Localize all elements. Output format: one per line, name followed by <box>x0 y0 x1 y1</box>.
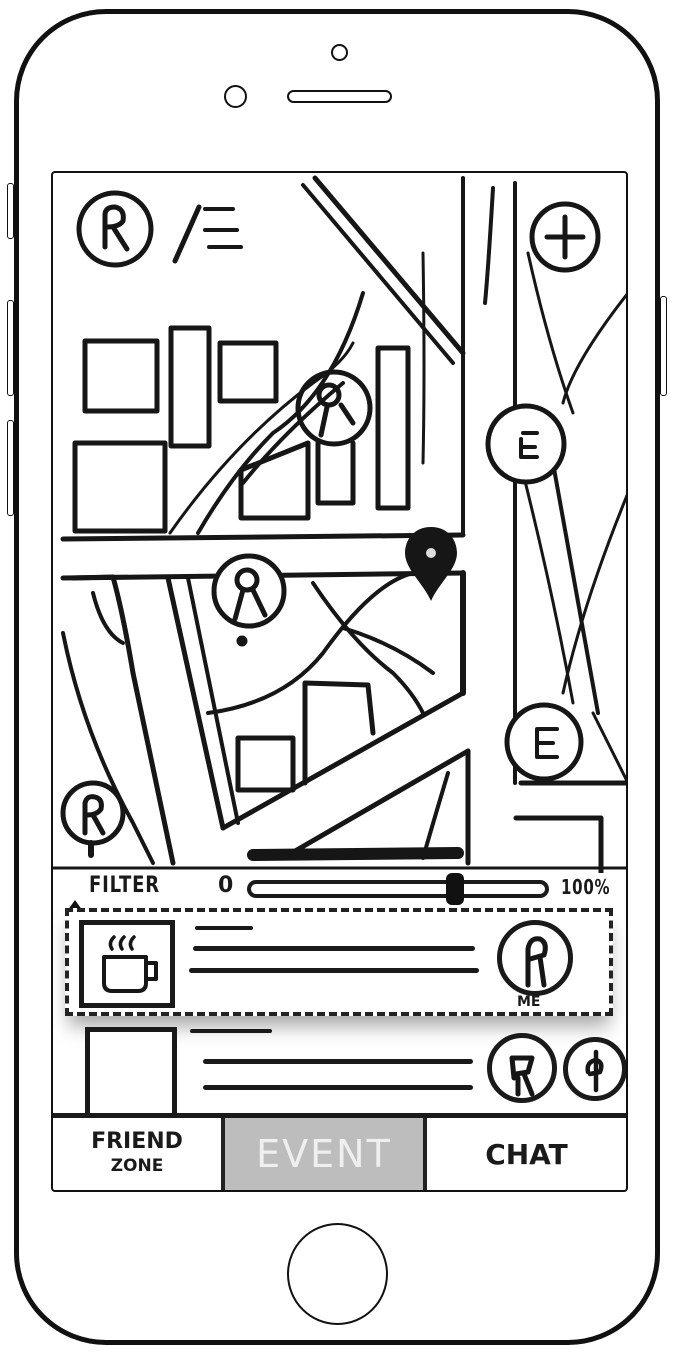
attendee-avatar[interactable] <box>563 1037 627 1101</box>
mute-switch <box>7 183 14 239</box>
event-card[interactable] <box>63 1023 618 1111</box>
event-detail-line <box>203 1085 473 1090</box>
person-icon <box>502 925 568 991</box>
coffee-cup-icon <box>84 925 170 1003</box>
add-event-button[interactable] <box>527 199 603 275</box>
home-button[interactable] <box>287 1223 388 1325</box>
volume-up-button <box>7 300 14 396</box>
power-button <box>660 296 667 396</box>
divider-slash <box>175 207 199 261</box>
person-icon <box>568 1042 622 1096</box>
tab-event-label: EVENT <box>256 1132 392 1176</box>
event-detail-line <box>189 968 479 973</box>
tab-chat-label: CHAT <box>485 1138 568 1171</box>
event-thumbnail <box>79 920 175 1008</box>
host-avatar[interactable] <box>497 920 573 996</box>
bottom-tab-bar: FRIEND ZONE EVENT CHAT <box>53 1113 626 1190</box>
host-me-label: ME <box>517 994 541 1010</box>
hamburger-menu-icon <box>205 209 241 247</box>
tab-friend-zone-label: FRIEND <box>91 1130 183 1154</box>
filter-max-label: 100% <box>561 875 610 899</box>
map-marker-person-2[interactable] <box>209 553 289 653</box>
event-card-selected[interactable]: ME <box>65 908 613 1016</box>
map-marker-event-1[interactable] <box>483 401 569 487</box>
front-camera <box>331 44 348 61</box>
filter-label: FILTER <box>89 873 160 898</box>
map-marker-pin[interactable] <box>401 523 461 605</box>
tab-chat[interactable]: CHAT <box>427 1118 626 1190</box>
filter-slider-track[interactable] <box>247 880 549 898</box>
event-detail-line <box>203 1059 473 1064</box>
map-marker-person-1[interactable] <box>291 365 377 451</box>
event-title-line <box>190 1029 272 1033</box>
app-screen: FILTER 0 100% ME <box>51 171 628 1192</box>
tab-friend-zone-sublabel: ZONE <box>111 1154 164 1178</box>
map-marker-event-2[interactable] <box>501 699 587 785</box>
tab-friend-zone[interactable]: FRIEND ZONE <box>53 1118 225 1190</box>
event-detail-line <box>193 946 475 951</box>
event-thumbnail <box>85 1027 177 1115</box>
map-pin-icon <box>405 527 457 601</box>
event-title-line <box>195 926 253 930</box>
attendee-avatar[interactable] <box>487 1033 557 1103</box>
filter-slider-thumb[interactable] <box>446 873 464 905</box>
profile-menu-button[interactable] <box>75 187 275 277</box>
map-marker-person-3[interactable] <box>57 777 133 867</box>
volume-down-button <box>7 420 14 516</box>
proximity-sensor <box>224 85 247 108</box>
person-icon <box>492 1038 552 1098</box>
tab-event[interactable]: EVENT <box>225 1118 427 1190</box>
earpiece-speaker <box>287 90 392 103</box>
filter-min-label: 0 <box>218 873 234 898</box>
